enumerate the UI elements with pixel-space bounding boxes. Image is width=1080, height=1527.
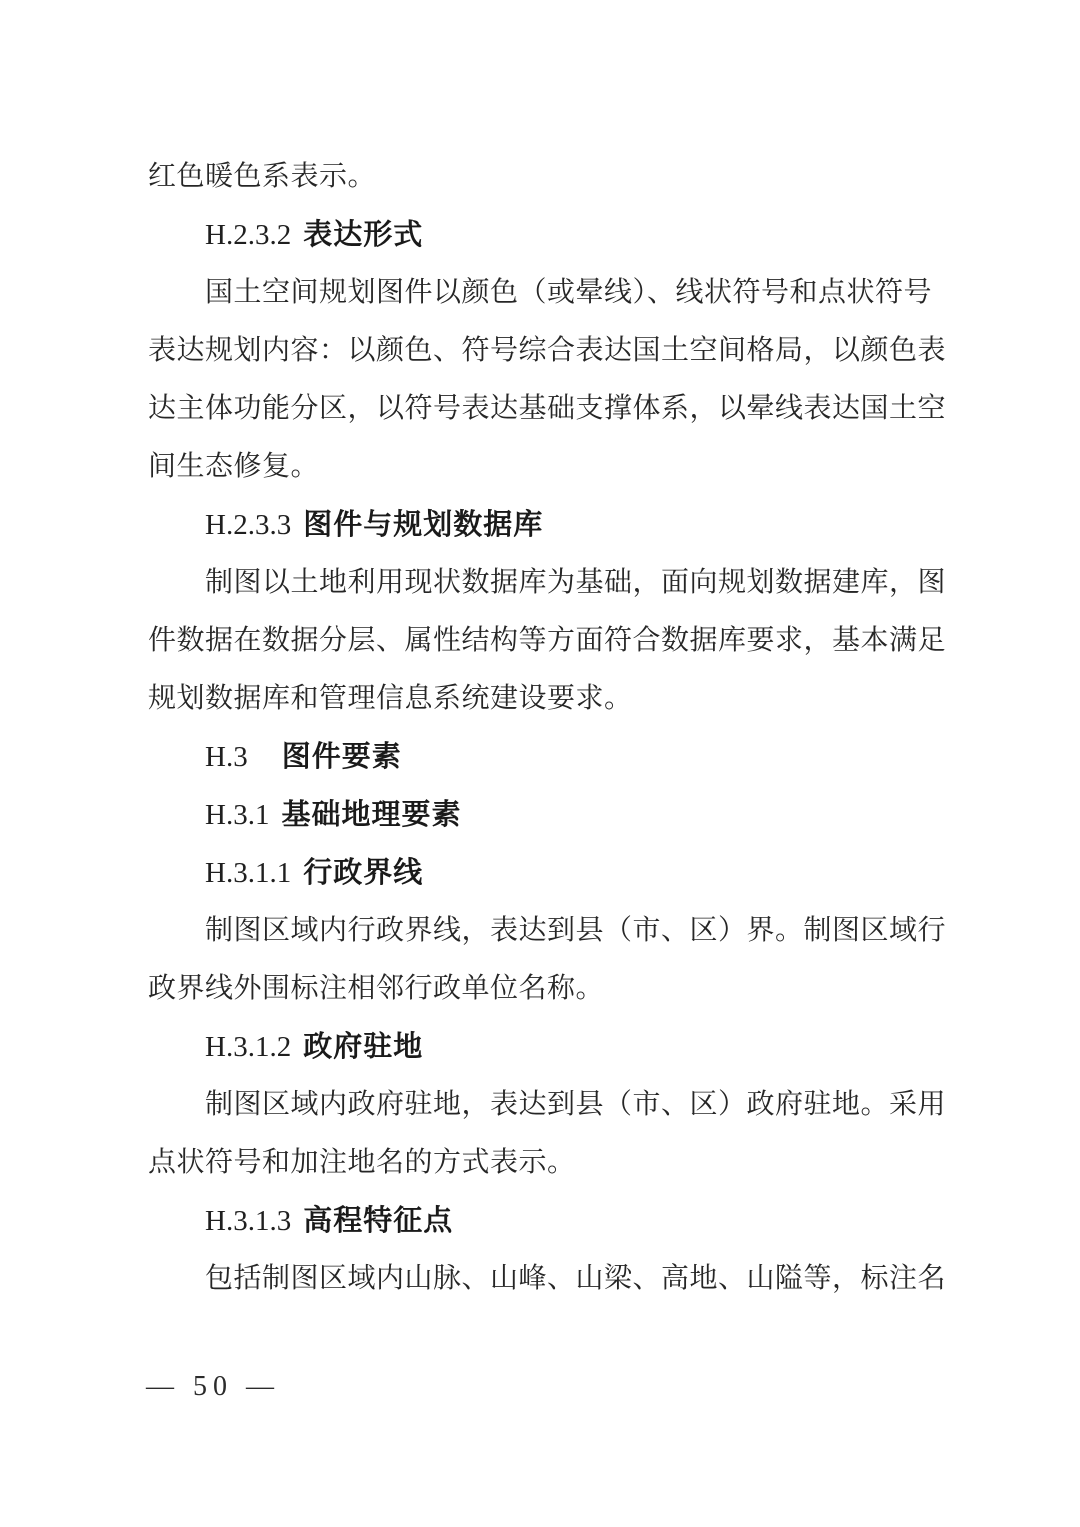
heading-title: 行政界线 [303, 857, 423, 889]
section-heading: H.3.1.2政府驻地 [148, 1018, 934, 1076]
heading-title: 表达形式 [303, 219, 423, 251]
body-line: 制图区域内行政界线，表达到县（市、区）界。制图区域行 [148, 902, 934, 960]
body-line: 红色暖色系表示。 [148, 148, 934, 206]
heading-number: H.2.3.3 [205, 509, 291, 541]
body-line: 表达规划内容：以颜色、符号综合表达国土空间格局，以颜色表 [148, 322, 934, 380]
section-heading: H.2.3.3图件与规划数据库 [148, 496, 934, 554]
document-page: 红色暖色系表示。 H.2.3.2表达形式 国土空间规划图件以颜色（或晕线）、线状… [0, 0, 1080, 1527]
heading-number: H.2.3.2 [205, 219, 291, 251]
heading-title: 基础地理要素 [281, 799, 461, 831]
body-line: 包括制图区域内山脉、山峰、山梁、高地、山隘等，标注名 [148, 1250, 934, 1308]
heading-title: 政府驻地 [303, 1031, 423, 1063]
section-heading: H.3.1基础地理要素 [148, 786, 934, 844]
section-heading: H.3.1.3高程特征点 [148, 1192, 934, 1250]
heading-number: H.3.1 [205, 799, 269, 831]
body-line: 达主体功能分区，以符号表达基础支撑体系，以晕线表达国土空 [148, 380, 934, 438]
heading-number: H.3.1.3 [205, 1205, 291, 1237]
heading-title: 高程特征点 [303, 1205, 453, 1237]
heading-number: H.3 [205, 741, 248, 773]
body-line: 规划数据库和管理信息系统建设要求。 [148, 670, 934, 728]
body-line: 制图以土地利用现状数据库为基础，面向规划数据建库，图 [148, 554, 934, 612]
heading-number: H.3.1.1 [205, 857, 291, 889]
heading-title: 图件与规划数据库 [303, 509, 543, 541]
section-heading: H.3.1.1行政界线 [148, 844, 934, 902]
page-footer: — 50 — [146, 1372, 280, 1402]
body-line: 点状符号和加注地名的方式表示。 [148, 1134, 934, 1192]
body-line: 制图区域内政府驻地，表达到县（市、区）政府驻地。采用 [148, 1076, 934, 1134]
heading-number: H.3.1.2 [205, 1031, 291, 1063]
heading-title: 图件要素 [282, 741, 402, 773]
section-heading: H.2.3.2表达形式 [148, 206, 934, 264]
body-line: 间生态修复。 [148, 438, 934, 496]
document-content: 红色暖色系表示。 H.2.3.2表达形式 国土空间规划图件以颜色（或晕线）、线状… [148, 148, 934, 1308]
body-line: 件数据在数据分层、属性结构等方面符合数据库要求，基本满足 [148, 612, 934, 670]
page-number-label: — 50 — [146, 1371, 280, 1402]
body-line: 政界线外围标注相邻行政单位名称。 [148, 960, 934, 1018]
body-line: 国土空间规划图件以颜色（或晕线）、线状符号和点状符号 [148, 264, 934, 322]
section-heading: H.3图件要素 [148, 728, 934, 786]
